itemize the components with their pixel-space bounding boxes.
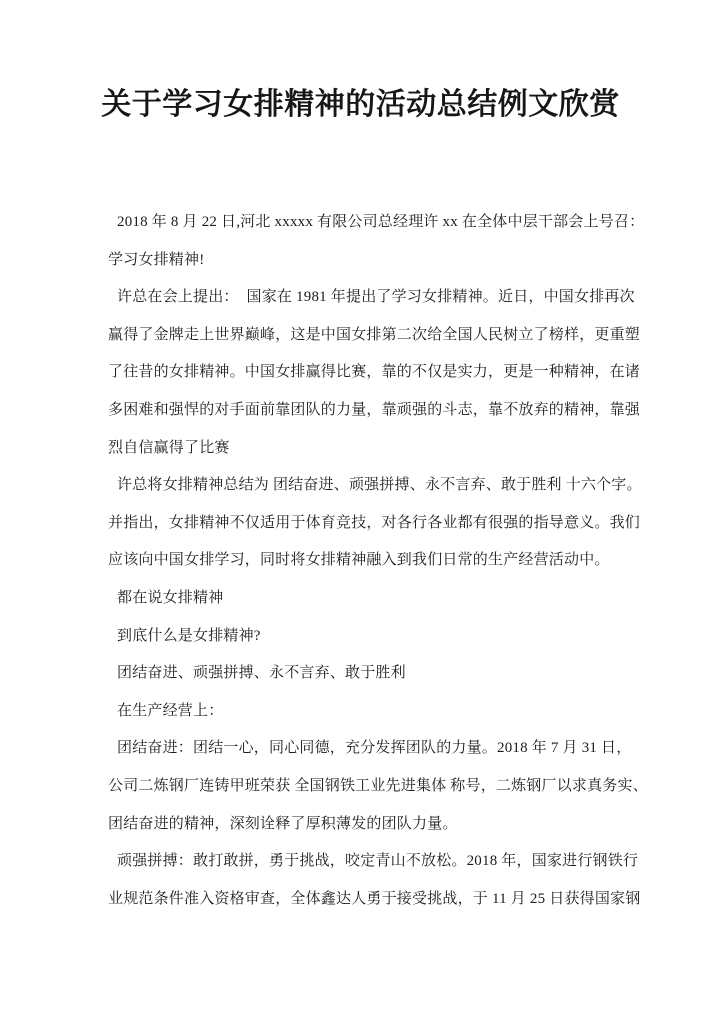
- text-line: 都在说女排精神: [108, 580, 621, 618]
- text-line: 并指出，女排精神不仅适用于体育竞技，对各行各业都有很强的指导意义。我们: [108, 505, 621, 543]
- text-line: 多困难和强悍的对手面前靠团队的力量，靠顽强的斗志，靠不放弃的精神，靠强: [108, 392, 621, 430]
- text-line: 了往昔的女排精神。中国女排赢得比赛，靠的不仅是实力，更是一种精神，在诸: [108, 354, 621, 392]
- text-line: 到底什么是女排精神?: [108, 618, 621, 656]
- text-line: 公司二炼钢厂连铸甲班荣获 全国钢铁工业先进集体 称号，二炼钢厂以求真务实、: [108, 768, 621, 806]
- text-line: 烈自信赢得了比赛: [108, 430, 621, 468]
- text-line: 许总将女排精神总结为 团结奋进、顽强拼搏、永不言弃、敢于胜利 十六个字。: [108, 467, 621, 505]
- text-line: 许总在会上提出： 国家在 1981 年提出了学习女排精神。近日，中国女排再次: [108, 279, 621, 317]
- text-line: 团结奋进：团结一心，同心同德，充分发挥团队的力量。2018 年 7 月 31 日…: [108, 730, 621, 768]
- text-line: 赢得了金牌走上世界巅峰，这是中国女排第二次给全国人民树立了榜样，更重塑: [108, 317, 621, 355]
- text-line: 学习女排精神!: [108, 242, 621, 280]
- document-title: 关于学习女排精神的活动总结例文欣赏: [0, 0, 721, 122]
- text-line: 2018 年 8 月 22 日,河北 xxxxx 有限公司总经理许 xx 在全体…: [108, 204, 621, 242]
- text-line: 团结奋进的精神，深刻诠释了厚积薄发的团队力量。: [108, 806, 621, 844]
- text-line: 在生产经营上：: [108, 693, 621, 731]
- text-line: 顽强拼搏：敢打敢拼，勇于挑战，咬定青山不放松。2018 年，国家进行钢铁行: [108, 843, 621, 881]
- text-line: 团结奋进、顽强拼搏、永不言弃、敢于胜利: [108, 655, 621, 693]
- document-body: 2018 年 8 月 22 日,河北 xxxxx 有限公司总经理许 xx 在全体…: [0, 122, 721, 918]
- text-line: 应该向中国女排学习，同时将女排精神融入到我们日常的生产经营活动中。: [108, 542, 621, 580]
- text-line: 业规范条件准入资格审查，全体鑫达人勇于接受挑战，于 11 月 25 日获得国家钢: [108, 881, 621, 919]
- document-page: 关于学习女排精神的活动总结例文欣赏 2018 年 8 月 22 日,河北 xxx…: [0, 0, 721, 1020]
